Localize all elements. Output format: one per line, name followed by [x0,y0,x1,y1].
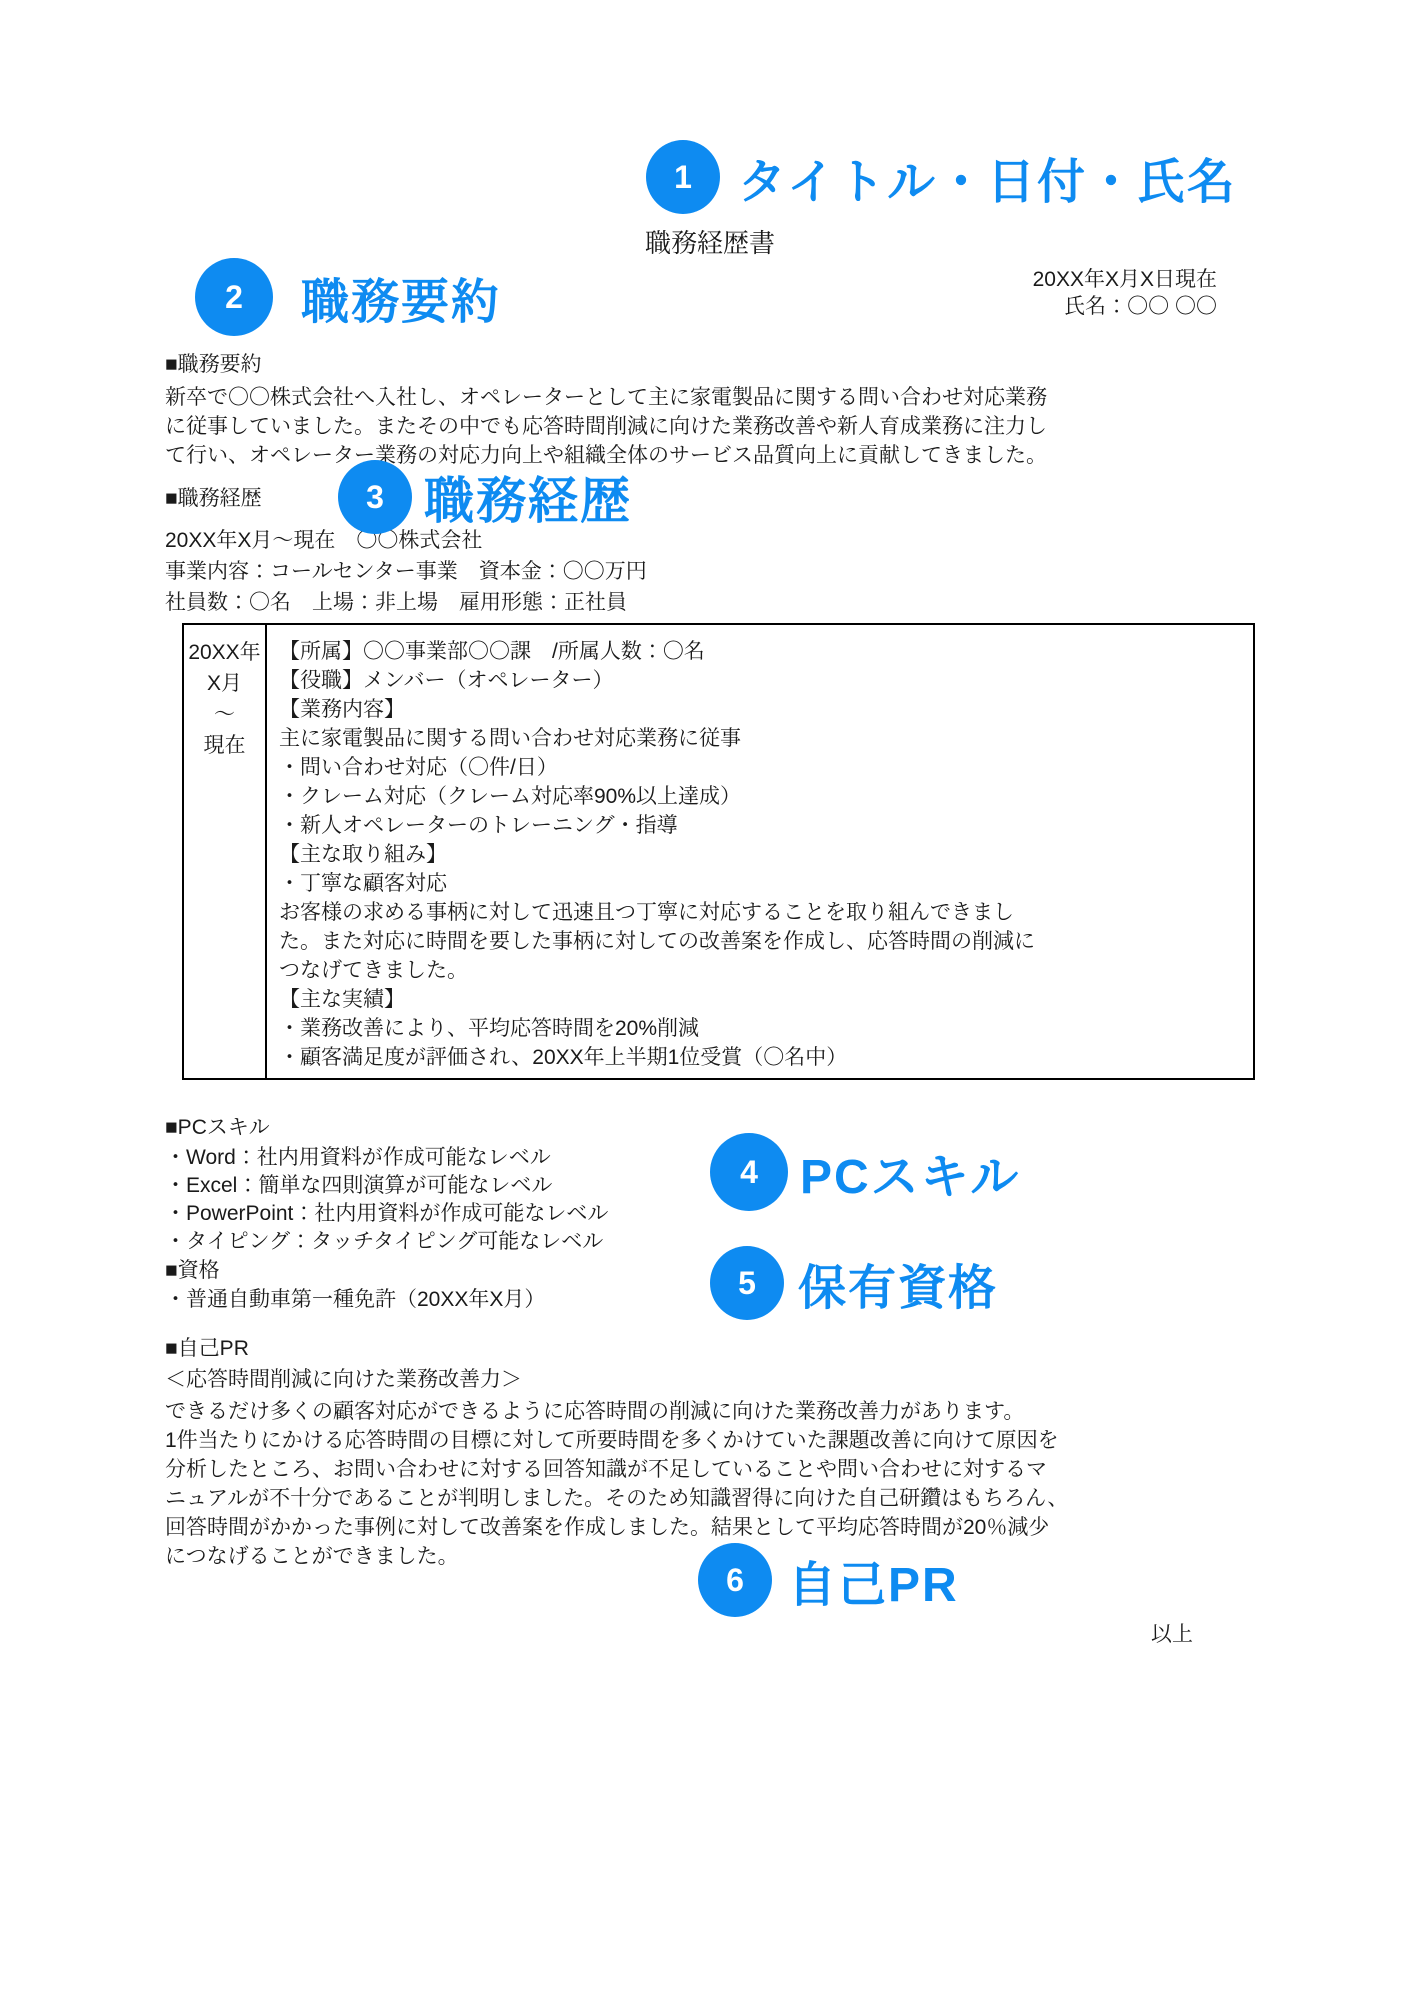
career-detail-line: ・丁寧な顧客対応 [279,869,1243,898]
summary-line: 新卒で〇〇株式会社へ入社し、オペレーターとして主に家電製品に関する問い合わせ対応… [165,383,1255,412]
annotation-4-pc-skills: 4 PCスキル [710,1133,1020,1211]
annotation-1-title-date-name: 1 タイトル・日付・氏名 [646,140,1237,214]
self-pr-line: 分析したところ、お問い合わせに対する回答知識が不足していることや問い合わせに対す… [165,1455,1255,1484]
annotation-5-qualifications: 5 保有資格 [710,1246,998,1320]
self-pr-line: 回答時間がかかった事例に対して改善案を作成しました。結果として平均応答時間が20… [165,1513,1255,1542]
career-detail-line: 主に家電製品に関する問い合わせ対応業務に従事 [279,724,1243,753]
annotation-2-number-badge: 2 [195,258,273,336]
career-detail-line: た。また対応に時間を要した事柄に対しての改善案を作成し、応答時間の削減に [279,927,1243,956]
annotation-3-work-history: 3 職務経歴 [338,460,632,534]
self-pr-section-heading: ■自己PR [165,1336,1255,1362]
closing-mark: 以上 [165,1622,1255,1648]
career-detail-line: ・業務改善により、平均応答時間を20%削減 [279,1014,1243,1043]
career-detail-line: ・問い合わせ対応（〇件/日） [279,753,1243,782]
annotation-3-label: 職務経歴 [424,461,632,533]
document-body: 職務経歴書 20XX年X月X日現在 氏名：〇〇 〇〇 ■職務要約 新卒で〇〇株式… [0,0,1414,1648]
career-detail-line: 【役職】メンバー（オペレーター） [279,666,1243,695]
career-section-heading: ■職務経歴 [165,486,1255,512]
summary-line: に従事していました。またその中でも応答時間削減に向けた業務改善や新人育成業務に注… [165,412,1255,441]
summary-line: て行い、オペレーター業務の対応力向上や組織全体のサービス品質向上に貢献してきまし… [165,441,1255,470]
annotation-4-label: PCスキル [800,1138,1020,1207]
summary-section-heading: ■職務要約 [165,352,1255,378]
career-detail-line: ・新人オペレーターのトレーニング・指導 [279,811,1243,840]
company-info-line: 社員数：〇名 上場：非上場 雇用形態：正社員 [165,587,1255,618]
annotation-6-label: 自己PR [788,1546,959,1615]
self-pr-line: 1件当たりにかける応答時間の目標に対して所要時間を多くかけていた課題改善に向けて… [165,1426,1255,1455]
career-period-cell: 20XX年X月 ～ 現在 [183,624,266,1079]
self-pr-line: できるだけ多くの顧客対応ができるように応答時間の削減に向けた業務改善力があります… [165,1397,1255,1426]
annotation-6-self-pr: 6 自己PR [698,1543,959,1617]
career-detail-line: ・クレーム対応（クレーム対応率90%以上達成） [279,782,1243,811]
career-history-table: 20XX年X月 ～ 現在 【所属】〇〇事業部〇〇課 /所属人数：〇名【役職】メン… [182,623,1255,1080]
summary-body: 新卒で〇〇株式会社へ入社し、オペレーターとして主に家電製品に関する問い合わせ対応… [165,383,1255,470]
annotation-5-number-badge: 5 [710,1246,784,1320]
career-detail-line: つなげてきました。 [279,956,1243,985]
annotation-3-number-badge: 3 [338,460,412,534]
annotation-6-number-badge: 6 [698,1543,772,1617]
self-pr-line: ニュアルが不十分であることが判明しました。そのため知識習得に向けた自己研鑽はもち… [165,1484,1255,1513]
career-detail-line: ・顧客満足度が評価され、20XX年上半期1位受賞（〇名中） [279,1043,1243,1072]
annotation-1-number-badge: 1 [646,140,720,214]
company-info-line: 20XX年X月～現在 〇〇株式会社 [165,525,1255,556]
career-detail-line: 【主な実績】 [279,985,1243,1014]
career-detail-line: 【業務内容】 [279,695,1243,724]
company-info: 20XX年X月～現在 〇〇株式会社事業内容：コールセンター事業 資本金：〇〇万円… [165,525,1255,618]
company-info-line: 事業内容：コールセンター事業 資本金：〇〇万円 [165,556,1255,587]
annotation-5-label: 保有資格 [798,1249,998,1318]
self-pr-subtitle: ＜応答時間削減に向けた業務改善力＞ [165,1366,1255,1393]
career-detail-line: 【所属】〇〇事業部〇〇課 /所属人数：〇名 [279,637,1243,666]
annotation-2-label: 職務要約 [301,263,501,332]
document-title: 職務経歴書 [165,226,1255,260]
annotation-4-number-badge: 4 [710,1133,788,1211]
career-table-row: 20XX年X月 ～ 現在 【所属】〇〇事業部〇〇課 /所属人数：〇名【役職】メン… [183,624,1254,1079]
resume-template-page: 職務経歴書 20XX年X月X日現在 氏名：〇〇 〇〇 ■職務要約 新卒で〇〇株式… [0,0,1414,2000]
career-detail-line: 【主な取り組み】 [279,840,1243,869]
annotation-1-label: タイトル・日付・氏名 [738,143,1237,212]
annotation-2-job-summary: 2 職務要約 [195,258,501,336]
career-detail-line: お客様の求める事柄に対して迅速且つ丁寧に対応することを取り組んできまし [279,898,1243,927]
career-detail-cell: 【所属】〇〇事業部〇〇課 /所属人数：〇名【役職】メンバー（オペレーター）【業務… [266,624,1254,1079]
